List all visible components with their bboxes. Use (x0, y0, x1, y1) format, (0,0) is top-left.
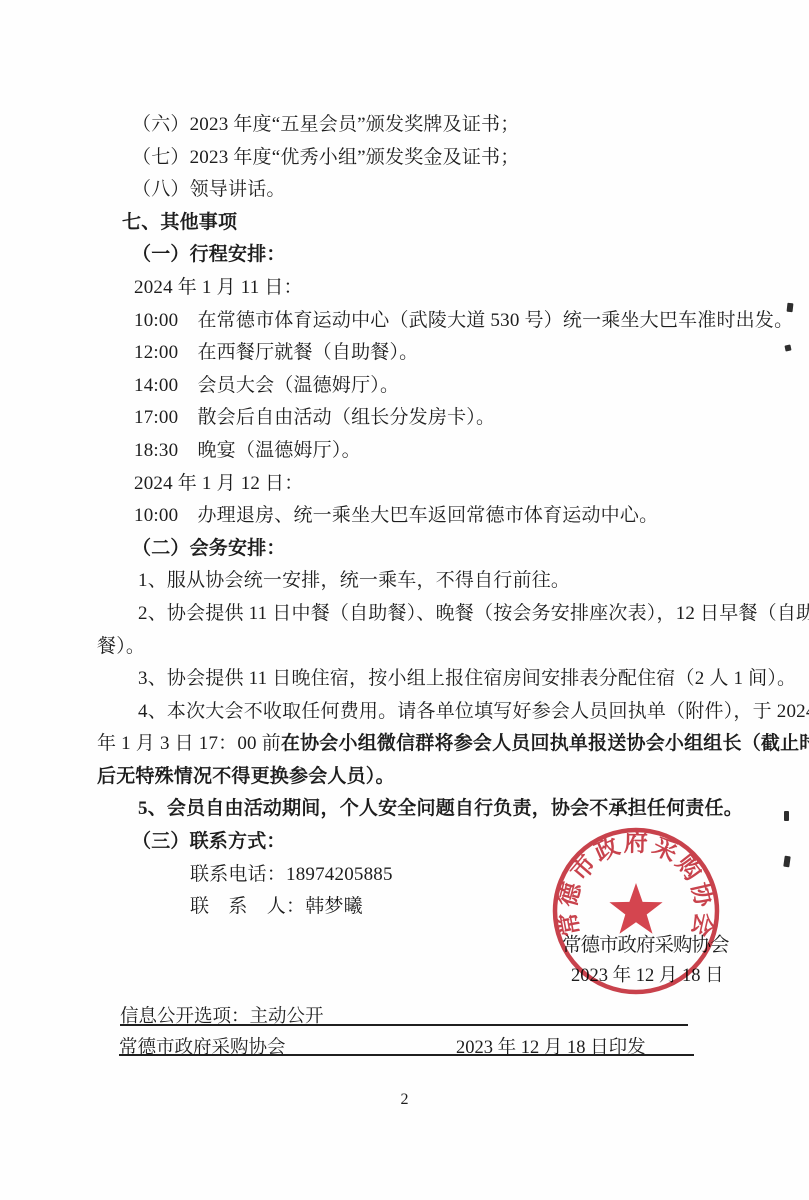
schedule-line: 10:00 在常德市体育运动中心（武陵大道 530 号）统一乘坐大巴车准时出发。 (134, 305, 777, 338)
page-number: 2 (0, 1091, 809, 1109)
doc-line: 年 1 月 3 日 17：00 前在协会小组微信群将参会人员回执单报送协会小组组… (97, 728, 777, 761)
schedule-line: 14:00 会员大会（温德姆厅）。 (134, 370, 777, 403)
doc-line-bold-part: 在协会小组微信群将参会人员回执单报送协会小组组长（截止时间 (281, 733, 809, 754)
doc-line: 后无特殊情况不得更换参会人员）。 (97, 761, 777, 794)
scan-artifact (784, 344, 791, 351)
footer-disclosure-row: 信息公开选项：主动公开 (120, 1002, 688, 1026)
doc-line: 3、协会提供 11 日晚住宿，按小组上报住宿房间安排表分配住宿（2 人 1 间）… (138, 663, 777, 696)
footer-issuer-text: 常德市政府采购协会 (119, 1038, 286, 1058)
doc-line: 5、会员自由活动期间，个人安全问题自行负责，协会不承担任何责任。 (138, 793, 777, 826)
doc-line: 2、协会提供 11 日中餐（自助餐）、晚餐（按会务安排座次表），12 日早餐（自… (138, 598, 777, 631)
document-body: （六）2023 年度“五星会员”颁发奖牌及证书； （七）2023 年度“优秀小组… (97, 109, 777, 924)
subsection-heading: （二）会务安排： (132, 533, 777, 566)
doc-line: 2024 年 1 月 11 日： (134, 272, 777, 305)
scan-artifact (783, 856, 790, 868)
scan-artifact (787, 303, 794, 313)
seal-star-icon (609, 883, 662, 934)
footer-print-date: 2023 年 12 月 18 日印发 (456, 1033, 646, 1059)
schedule-line: 18:30 晚宴（温德姆厅）。 (134, 435, 777, 468)
footer-issuer-row: 常德市政府采购协会 2023 年 12 月 18 日印发 (119, 1033, 694, 1056)
doc-line: 2024 年 1 月 12 日： (134, 468, 777, 501)
subsection-heading: （一）行程安排： (132, 239, 777, 272)
schedule-line: 12:00 在西餐厅就餐（自助餐）。 (134, 337, 777, 370)
doc-line: （六）2023 年度“五星会员”颁发奖牌及证书； (132, 109, 777, 142)
schedule-line: 17:00 散会后自由活动（组长分发房卡）。 (134, 402, 777, 435)
footer-disclosure-text: 信息公开选项：主动公开 (120, 1007, 324, 1027)
doc-line: （八）领导讲话。 (132, 174, 777, 207)
doc-line: （七）2023 年度“优秀小组”颁发奖金及证书； (132, 142, 777, 175)
scan-artifact (784, 811, 789, 821)
official-seal: 常德市政府采购协会 (548, 823, 724, 999)
scanned-document-page: { "doc": { "lines": [ {"t": "（六）2023 年度“… (0, 0, 809, 1200)
section-heading: 七、其他事项 (122, 207, 777, 240)
doc-line: 餐）。 (97, 631, 777, 664)
doc-line-normal-part: 年 1 月 3 日 17：00 前 (97, 733, 281, 754)
schedule-line: 10:00 办理退房、统一乘坐大巴车返回常德市体育运动中心。 (134, 500, 777, 533)
doc-line: 1、服从协会统一安排，统一乘车，不得自行前往。 (138, 565, 777, 598)
doc-line: 4、本次大会不收取任何费用。请各单位填写好参会人员回执单（附件），于 2024 (138, 696, 777, 729)
